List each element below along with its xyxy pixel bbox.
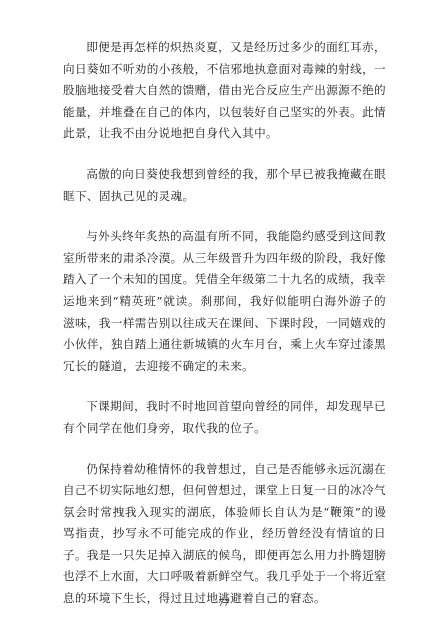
- paragraph-4: 下课期间，我时不时地回首望向曾经的同伴，却发现早已有个同学在他们身旁，取代我的位…: [63, 396, 386, 439]
- paragraph-1: 即便是再怎样的炽热炎夏，又是经历过多少的面红耳赤，向日葵如不听劝的小孩般，不信邪…: [63, 37, 386, 145]
- paragraph-3: 与外头终年炙热的高温有所不同，我能隐约感受到这间教室所带来的肃杀冷漠。从三年级晋…: [63, 226, 386, 377]
- paragraph-5: 仍保持着幼稚情怀的我曾想过，自己是否能够永远沉溺在自己不切实际地幻想，但何曾想过…: [63, 459, 386, 610]
- document-page: 即便是再怎样的炽热炎夏，又是经历过多少的面红耳赤，向日葵如不听劝的小孩般，不信邪…: [0, 0, 448, 640]
- page-number: 77: [0, 597, 448, 609]
- paragraph-2: 高傲的向日葵使我想到曾经的我，那个早已被我掩藏在眼眶下、固执己见的灵魂。: [63, 164, 386, 207]
- document-body: 即便是再怎样的炽热炎夏，又是经历过多少的面红耳赤，向日葵如不听劝的小孩般，不信邪…: [63, 37, 386, 629]
